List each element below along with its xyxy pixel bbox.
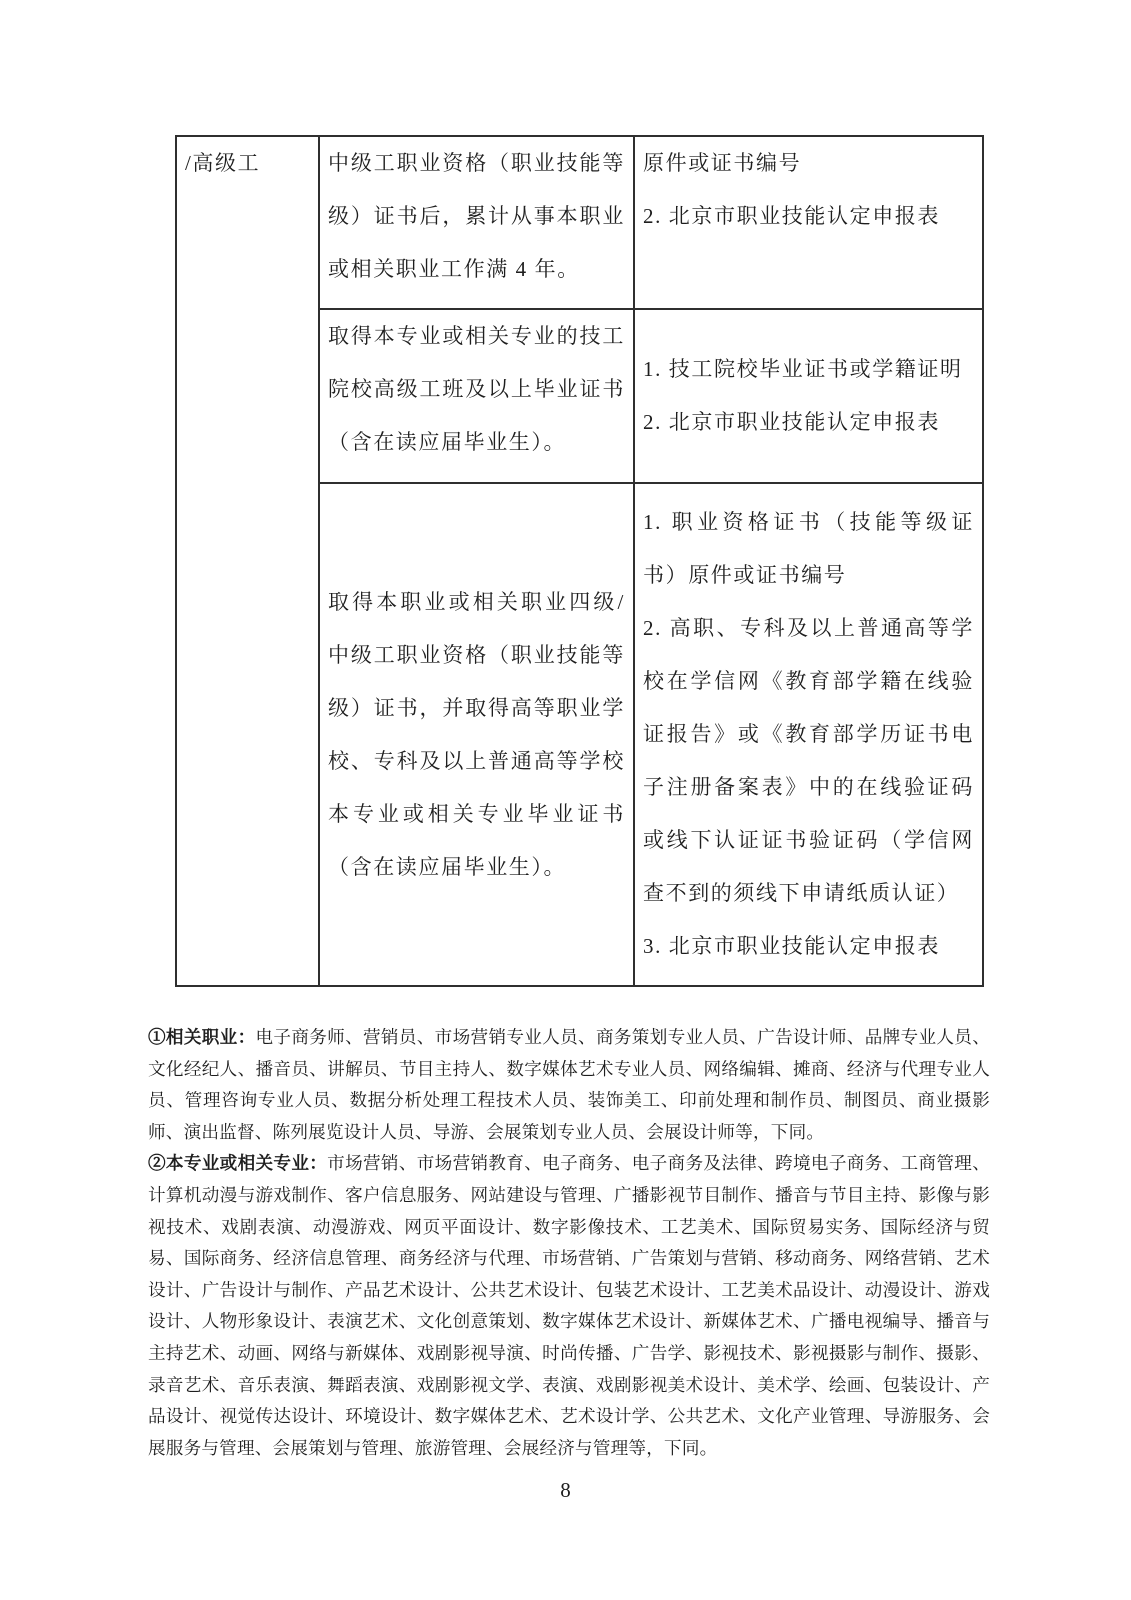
footnote-2-label: ②本专业或相关专业：	[148, 1153, 327, 1173]
page-number: 8	[0, 1478, 1131, 1503]
footnote-1-text: 电子商务师、营销员、市场营销专业人员、商务策划专业人员、广告设计师、品牌专业人员…	[148, 1027, 990, 1142]
level-label: /高级工	[185, 151, 260, 175]
material-item: 原件或证书编号	[643, 137, 974, 190]
material-item: 2. 北京市职业技能认定申报表	[643, 190, 974, 243]
footnote-2-text: 市场营销、市场营销教育、电子商务、电子商务及法律、跨境电子商务、工商管理、计算机…	[148, 1153, 990, 1457]
qualification-requirements-table: /高级工 中级工职业资格（职业技能等级）证书后，累计从事本职业或相关职业工作满 …	[175, 135, 984, 987]
material-item: 2. 北京市职业技能认定申报表	[643, 396, 974, 449]
footnotes-block: ①相关职业：电子商务师、营销员、市场营销专业人员、商务策划专业人员、广告设计师、…	[148, 1022, 990, 1464]
material-item: 2. 高职、专科及以上普通高等学校在学信网《教育部学籍在线验证报告》或《教育部学…	[643, 602, 974, 920]
material-item: 1. 技工院校毕业证书或学籍证明	[643, 343, 974, 396]
footnote-1-label: ①相关职业：	[148, 1027, 256, 1047]
materials-cell-1: 原件或证书编号2. 北京市职业技能认定申报表	[634, 136, 983, 309]
material-item: 1. 职业资格证书（技能等级证书）原件或证书编号	[643, 496, 974, 602]
footnote-related-occupations: ①相关职业：电子商务师、营销员、市场营销专业人员、商务策划专业人员、广告设计师、…	[148, 1022, 990, 1148]
material-item: 3. 北京市职业技能认定申报表	[643, 920, 974, 973]
level-cell: /高级工	[176, 136, 319, 986]
table-row: /高级工 中级工职业资格（职业技能等级）证书后，累计从事本职业或相关职业工作满 …	[176, 136, 983, 309]
condition-cell-1: 中级工职业资格（职业技能等级）证书后，累计从事本职业或相关职业工作满 4 年。	[319, 136, 634, 309]
footnote-related-majors: ②本专业或相关专业：市场营销、市场营销教育、电子商务、电子商务及法律、跨境电子商…	[148, 1148, 990, 1464]
document-page: /高级工 中级工职业资格（职业技能等级）证书后，累计从事本职业或相关职业工作满 …	[0, 0, 1131, 1600]
materials-cell-2: 1. 技工院校毕业证书或学籍证明2. 北京市职业技能认定申报表	[634, 309, 983, 483]
condition-cell-3: 取得本职业或相关职业四级/中级工职业资格（职业技能等级）证书，并取得高等职业学校…	[319, 483, 634, 986]
materials-cell-3: 1. 职业资格证书（技能等级证书）原件或证书编号2. 高职、专科及以上普通高等学…	[634, 483, 983, 986]
condition-cell-2: 取得本专业或相关专业的技工院校高级工班及以上毕业证书（含在读应届毕业生）。	[319, 309, 634, 483]
